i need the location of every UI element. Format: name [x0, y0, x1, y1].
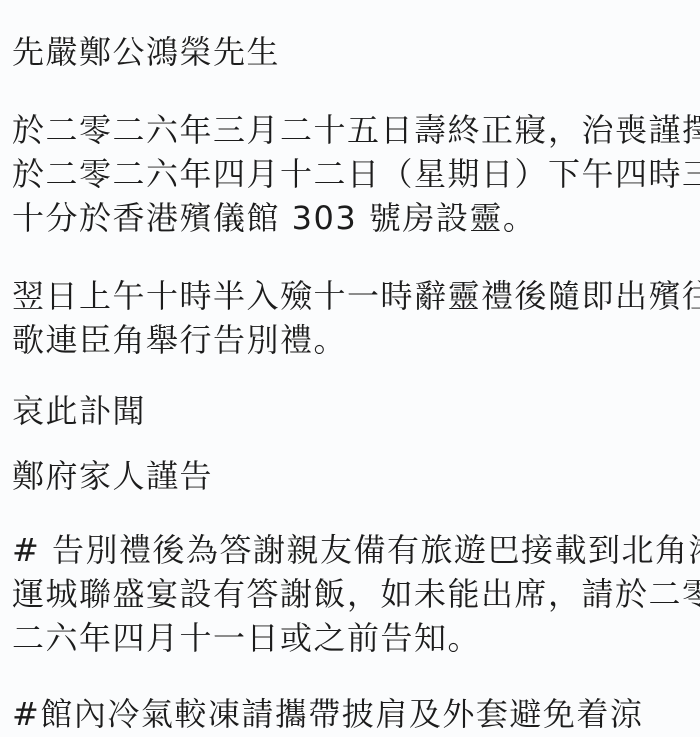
deceased-name-heading: 先嚴鄭公鴻榮先生 [12, 34, 280, 70]
note-line: 二六年四月十一日或之前告知。 [12, 620, 481, 656]
note-line: 運城聯盛宴設有答謝飯，如未能出席，請於二零 [12, 576, 700, 612]
family-signature: 鄭府家人謹告 [12, 458, 213, 494]
paragraph-line: 於二零二六年四月十二日（星期日）下午四時三 [12, 156, 700, 192]
paragraph-line: 於二零二六年三月二十五日壽終正寢，治喪謹擇 [12, 112, 700, 148]
closing-phrase: 哀此訃聞 [12, 393, 146, 429]
note-line: #館內冷氣較凍請攜帶披肩及外套避免着涼 [12, 696, 643, 732]
note-line: # 告別禮後為答謝親友備有旅遊巴接載到北角港 [12, 532, 700, 568]
paragraph-line: 歌連臣角舉行告別禮。 [12, 322, 347, 358]
obituary-notice-page: 先嚴鄭公鴻榮先生 於二零二六年三月二十五日壽終正寢，治喪謹擇 於二零二六年四月十… [0, 0, 700, 737]
paragraph-line: 十分於香港殯儀館 303 號房設靈。 [12, 200, 536, 236]
paragraph-line: 翌日上午十時半入殮十一時辭靈禮後隨即出殯往 [12, 278, 700, 314]
